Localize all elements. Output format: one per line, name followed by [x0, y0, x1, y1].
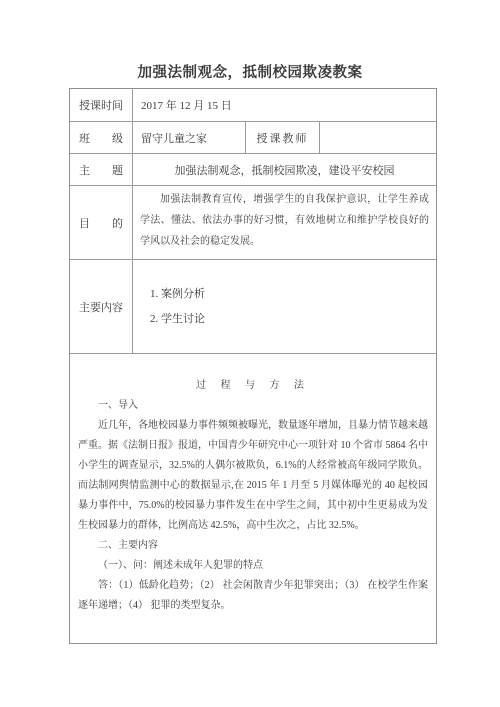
topic-label-cell: 主 题 [70, 154, 132, 185]
document-page: 加强法制观念，抵制校园欺凌教案 授课时间 2017 年 12 月 15 日 班 … [0, 0, 500, 707]
purpose-cell: 加强法制教育宣传，增强学生的自我保护意识，让学生养成学法、懂法、依法办事的好习惯… [132, 186, 436, 259]
purpose-label-cell: 目 的 [70, 186, 132, 259]
lesson-time-label: 授课时间 [70, 97, 132, 113]
main-content-item-2: 2. 学生讨论 [150, 307, 436, 332]
row-process: 过 程 与 方 法 一、导入 近几年，各地校园暴力事件频频被曝光，数量逐年增加，… [70, 353, 436, 643]
class-label: 班 级 [70, 130, 132, 146]
lesson-time-value: 2017 年 12 月 15 日 [132, 89, 436, 121]
topic-value: 加强法制观念，抵制校园欺凌，建设平安校园 [132, 154, 436, 185]
process-heading: 过 程 与 方 法 [78, 376, 428, 396]
process-intro-paragraph: 近几年，各地校园暴力事件频频被曝光，数量逐年增加，且暴力情节越来越严重。据《法制… [78, 416, 428, 536]
process-cell: 过 程 与 方 法 一、导入 近几年，各地校园暴力事件频频被曝光，数量逐年增加，… [70, 354, 436, 643]
process-answer: 答：（1）低龄化趋势；（2） 社会闲散青少年犯罪突出；（3） 在校学生作案逐年递… [78, 576, 428, 616]
main-content-item-1: 1. 案例分析 [150, 282, 436, 307]
teacher-value [319, 122, 436, 153]
row-lesson-time: 授课时间 2017 年 12 月 15 日 [70, 89, 436, 121]
purpose-label: 目 的 [70, 215, 132, 231]
teacher-label: 授课教师 [245, 122, 319, 153]
lesson-plan-table: 授课时间 2017 年 12 月 15 日 班 级 留守儿童之家 授课教师 主 … [69, 88, 437, 644]
lesson-time-label-cell: 授课时间 [70, 89, 132, 121]
main-content-cell: 1. 案例分析 2. 学生讨论 [132, 260, 436, 353]
class-value: 留守儿童之家 [132, 122, 245, 153]
main-content-label: 主要内容 [70, 299, 132, 315]
process-intro-heading: 一、导入 [78, 396, 428, 416]
process-question: （一）、问：阐述未成年人犯罪的特点 [78, 556, 428, 576]
class-label-cell: 班 级 [70, 122, 132, 153]
row-purpose: 目 的 加强法制教育宣传，增强学生的自我保护意识，让学生养成学法、懂法、依法办事… [70, 185, 436, 259]
main-content-label-cell: 主要内容 [70, 260, 132, 353]
row-topic: 主 题 加强法制观念，抵制校园欺凌，建设平安校园 [70, 153, 436, 185]
row-class: 班 级 留守儿童之家 授课教师 [70, 121, 436, 153]
purpose-text: 加强法制教育宣传，增强学生的自我保护意识，让学生养成学法、懂法、依法办事的好习惯… [140, 189, 429, 252]
doc-title: 加强法制观念，抵制校园欺凌教案 [0, 61, 500, 82]
process-main-heading: 二、主要内容 [78, 536, 428, 556]
row-main-content: 主要内容 1. 案例分析 2. 学生讨论 [70, 259, 436, 353]
topic-label: 主 题 [70, 162, 132, 178]
